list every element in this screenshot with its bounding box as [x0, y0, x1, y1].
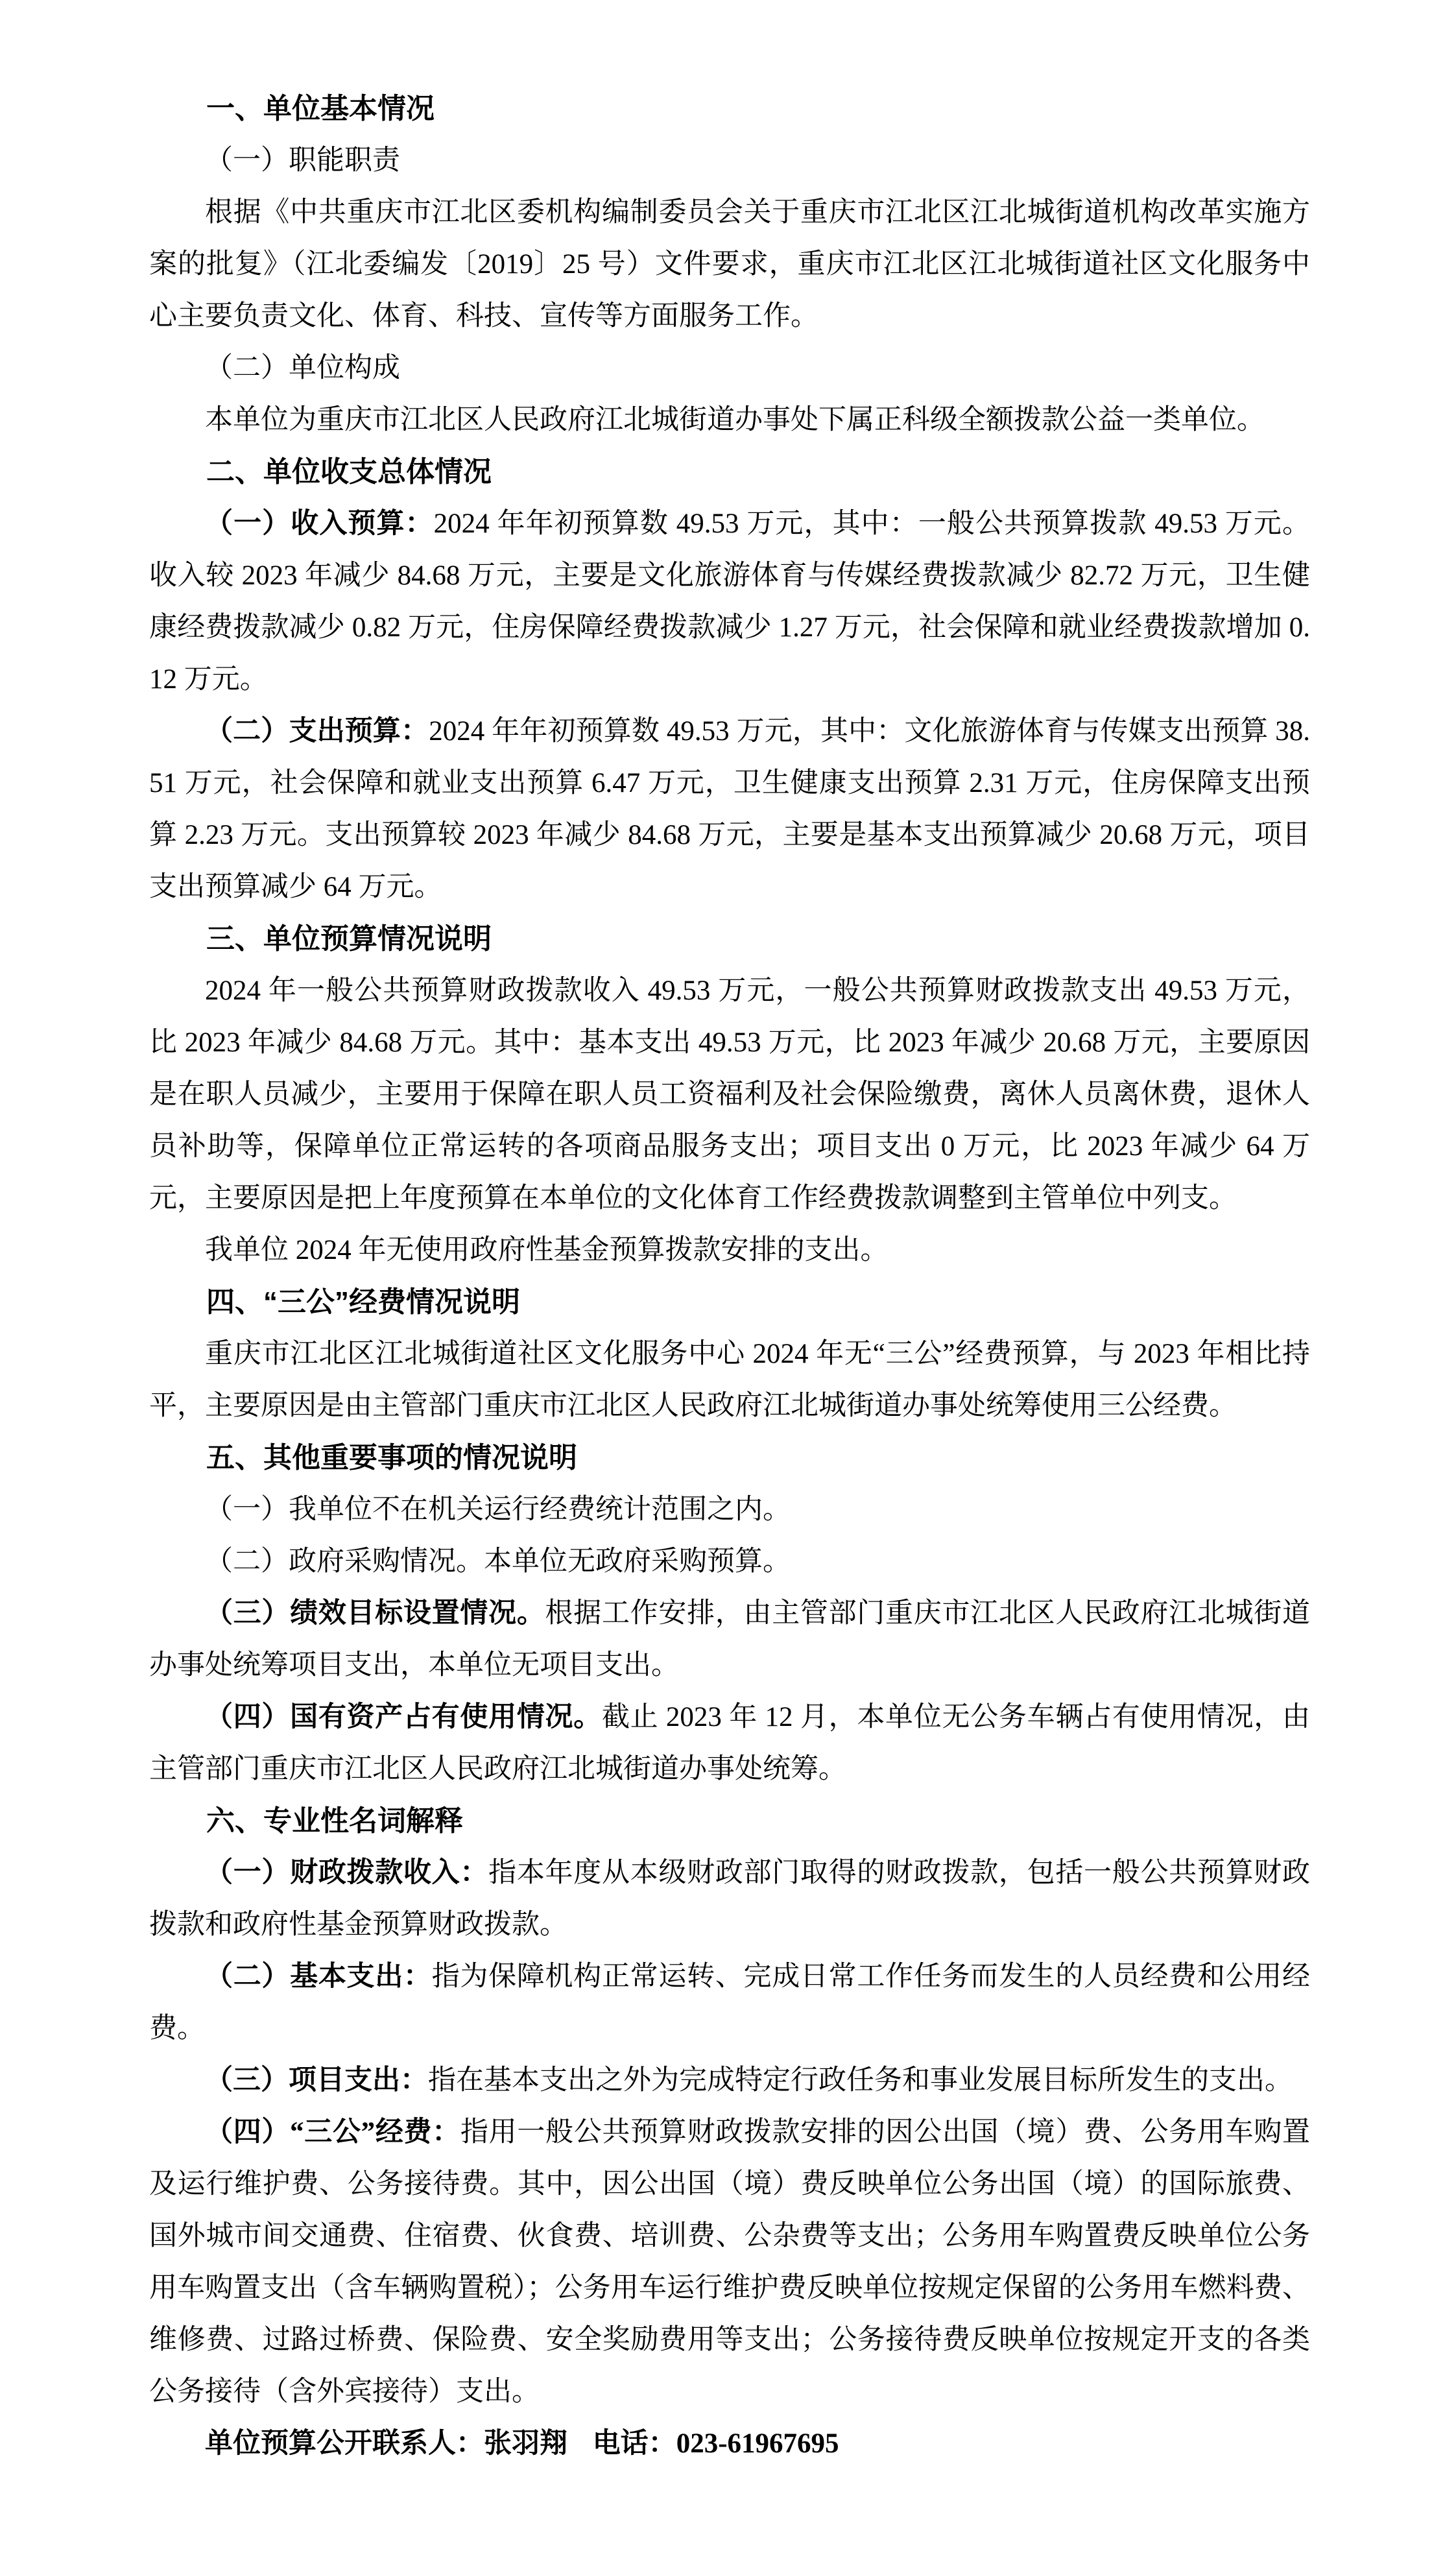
- paragraph-lead: （三）绩效目标设置情况。: [205, 1598, 545, 1629]
- paragraph-text: 2024 年一般公共预算财政拨款收入 49.53 万元，一般公共预算财政拨款支出…: [149, 975, 1310, 1214]
- contact-phone-label: 电话：: [593, 2428, 676, 2459]
- paragraph-text: （二）政府采购情况。本单位无政府采购预算。: [205, 1546, 791, 1577]
- paragraph: （四）“三公”经费：指用一般公共预算财政拨款安排的因公出国（境）费、公务用车购置…: [149, 2107, 1310, 2418]
- paragraph: （一）我单位不在机关运行经费统计范围之内。: [149, 1484, 1310, 1536]
- paragraph: 根据《中共重庆市江北区委机构编制委员会关于重庆市江北区江北城街道机构改革实施方案…: [149, 187, 1310, 342]
- section-heading-5: 五、其他重要事项的情况说明: [149, 1432, 1310, 1484]
- paragraph-text: 指在基本支出之外为完成特定行政任务和事业发展目标所发生的支出。: [428, 2065, 1293, 2096]
- paragraph: （二）支出预算：2024 年年初预算数 49.53 万元，其中：文化旅游体育与传…: [149, 706, 1310, 913]
- contact-label: 单位预算公开联系人：: [205, 2428, 484, 2459]
- section-heading-6: 六、专业性名词解释: [149, 1795, 1310, 1847]
- paragraph-lead: （四）国有资产占有使用情况。: [205, 1702, 602, 1732]
- paragraph-lead: （一）财政拨款收入：: [205, 1858, 488, 1888]
- paragraph-text: 指用一般公共预算财政拨款安排的因公出国（境）费、公务用车购置及运行维护费、公务接…: [149, 2117, 1310, 2407]
- paragraph: 重庆市江北区江北城街道社区文化服务中心 2024 年无“三公”经费预算，与 20…: [149, 1328, 1310, 1432]
- paragraph: （三）项目支出：指在基本支出之外为完成特定行政任务和事业发展目标所发生的支出。: [149, 2055, 1310, 2107]
- paragraph-text: 我单位 2024 年无使用政府性基金预算拨款安排的支出。: [205, 1235, 889, 1265]
- paragraph-text: 本单位为重庆市江北区人民政府江北城街道办事处下属正科级全额拨款公益一类单位。: [205, 405, 1265, 435]
- paragraph-text: 根据《中共重庆市江北区委机构编制委员会关于重庆市江北区江北城街道机构改革实施方案…: [149, 197, 1310, 331]
- document-page: 一、单位基本情况 （一）职能职责 根据《中共重庆市江北区委机构编制委员会关于重庆…: [0, 0, 1456, 2549]
- paragraph-lead: （四）“三公”经费：: [205, 2117, 460, 2148]
- paragraph-text: （二）单位构成: [205, 353, 400, 383]
- paragraph: （二）基本支出：指为保障机构正常运转、完成日常工作任务而发生的人员经费和公用经费…: [149, 1951, 1310, 2055]
- paragraph: 我单位 2024 年无使用政府性基金预算拨款安排的支出。: [149, 1225, 1310, 1276]
- paragraph: （二）政府采购情况。本单位无政府采购预算。: [149, 1536, 1310, 1588]
- paragraph: （四）国有资产占有使用情况。截止 2023 年 12 月，本单位无公务车辆占有使…: [149, 1692, 1310, 1795]
- paragraph-text: 重庆市江北区江北城街道社区文化服务中心 2024 年无“三公”经费预算，与 20…: [149, 1339, 1310, 1421]
- section-heading-3: 三、单位预算情况说明: [149, 913, 1310, 965]
- paragraph-lead: （二）基本支出：: [205, 1961, 432, 1992]
- paragraph-lead: （二）支出预算：: [205, 716, 429, 747]
- contact-line: 单位预算公开联系人：张羽翔电话：023-61967695: [149, 2418, 1310, 2470]
- paragraph-lead: （三）项目支出：: [205, 2065, 428, 2096]
- paragraph: （一）财政拨款收入：指本年度从本级财政部门取得的财政拨款，包括一般公共预算财政拨…: [149, 1847, 1310, 1951]
- paragraph: （一）收入预算：2024 年年初预算数 49.53 万元，其中：一般公共预算拨款…: [149, 498, 1310, 706]
- contact-phone: 023-61967695: [676, 2428, 839, 2459]
- paragraph-text: （一）我单位不在机关运行经费统计范围之内。: [205, 1494, 791, 1525]
- subsection-title: （二）单位构成: [149, 342, 1310, 394]
- section-heading-1: 一、单位基本情况: [149, 83, 1310, 135]
- subsection-title: （一）职能职责: [149, 135, 1310, 187]
- section-heading-4: 四、“三公”经费情况说明: [149, 1276, 1310, 1328]
- paragraph: （三）绩效目标设置情况。根据工作安排，由主管部门重庆市江北区人民政府江北城街道办…: [149, 1588, 1310, 1692]
- section-heading-2: 二、单位收支总体情况: [149, 446, 1310, 498]
- paragraph: 本单位为重庆市江北区人民政府江北城街道办事处下属正科级全额拨款公益一类单位。: [149, 394, 1310, 446]
- paragraph: 2024 年一般公共预算财政拨款收入 49.53 万元，一般公共预算财政拨款支出…: [149, 965, 1310, 1225]
- paragraph-text: （一）职能职责: [205, 145, 400, 176]
- contact-name: 张羽翔: [484, 2428, 567, 2459]
- paragraph-lead: （一）收入预算：: [205, 509, 434, 539]
